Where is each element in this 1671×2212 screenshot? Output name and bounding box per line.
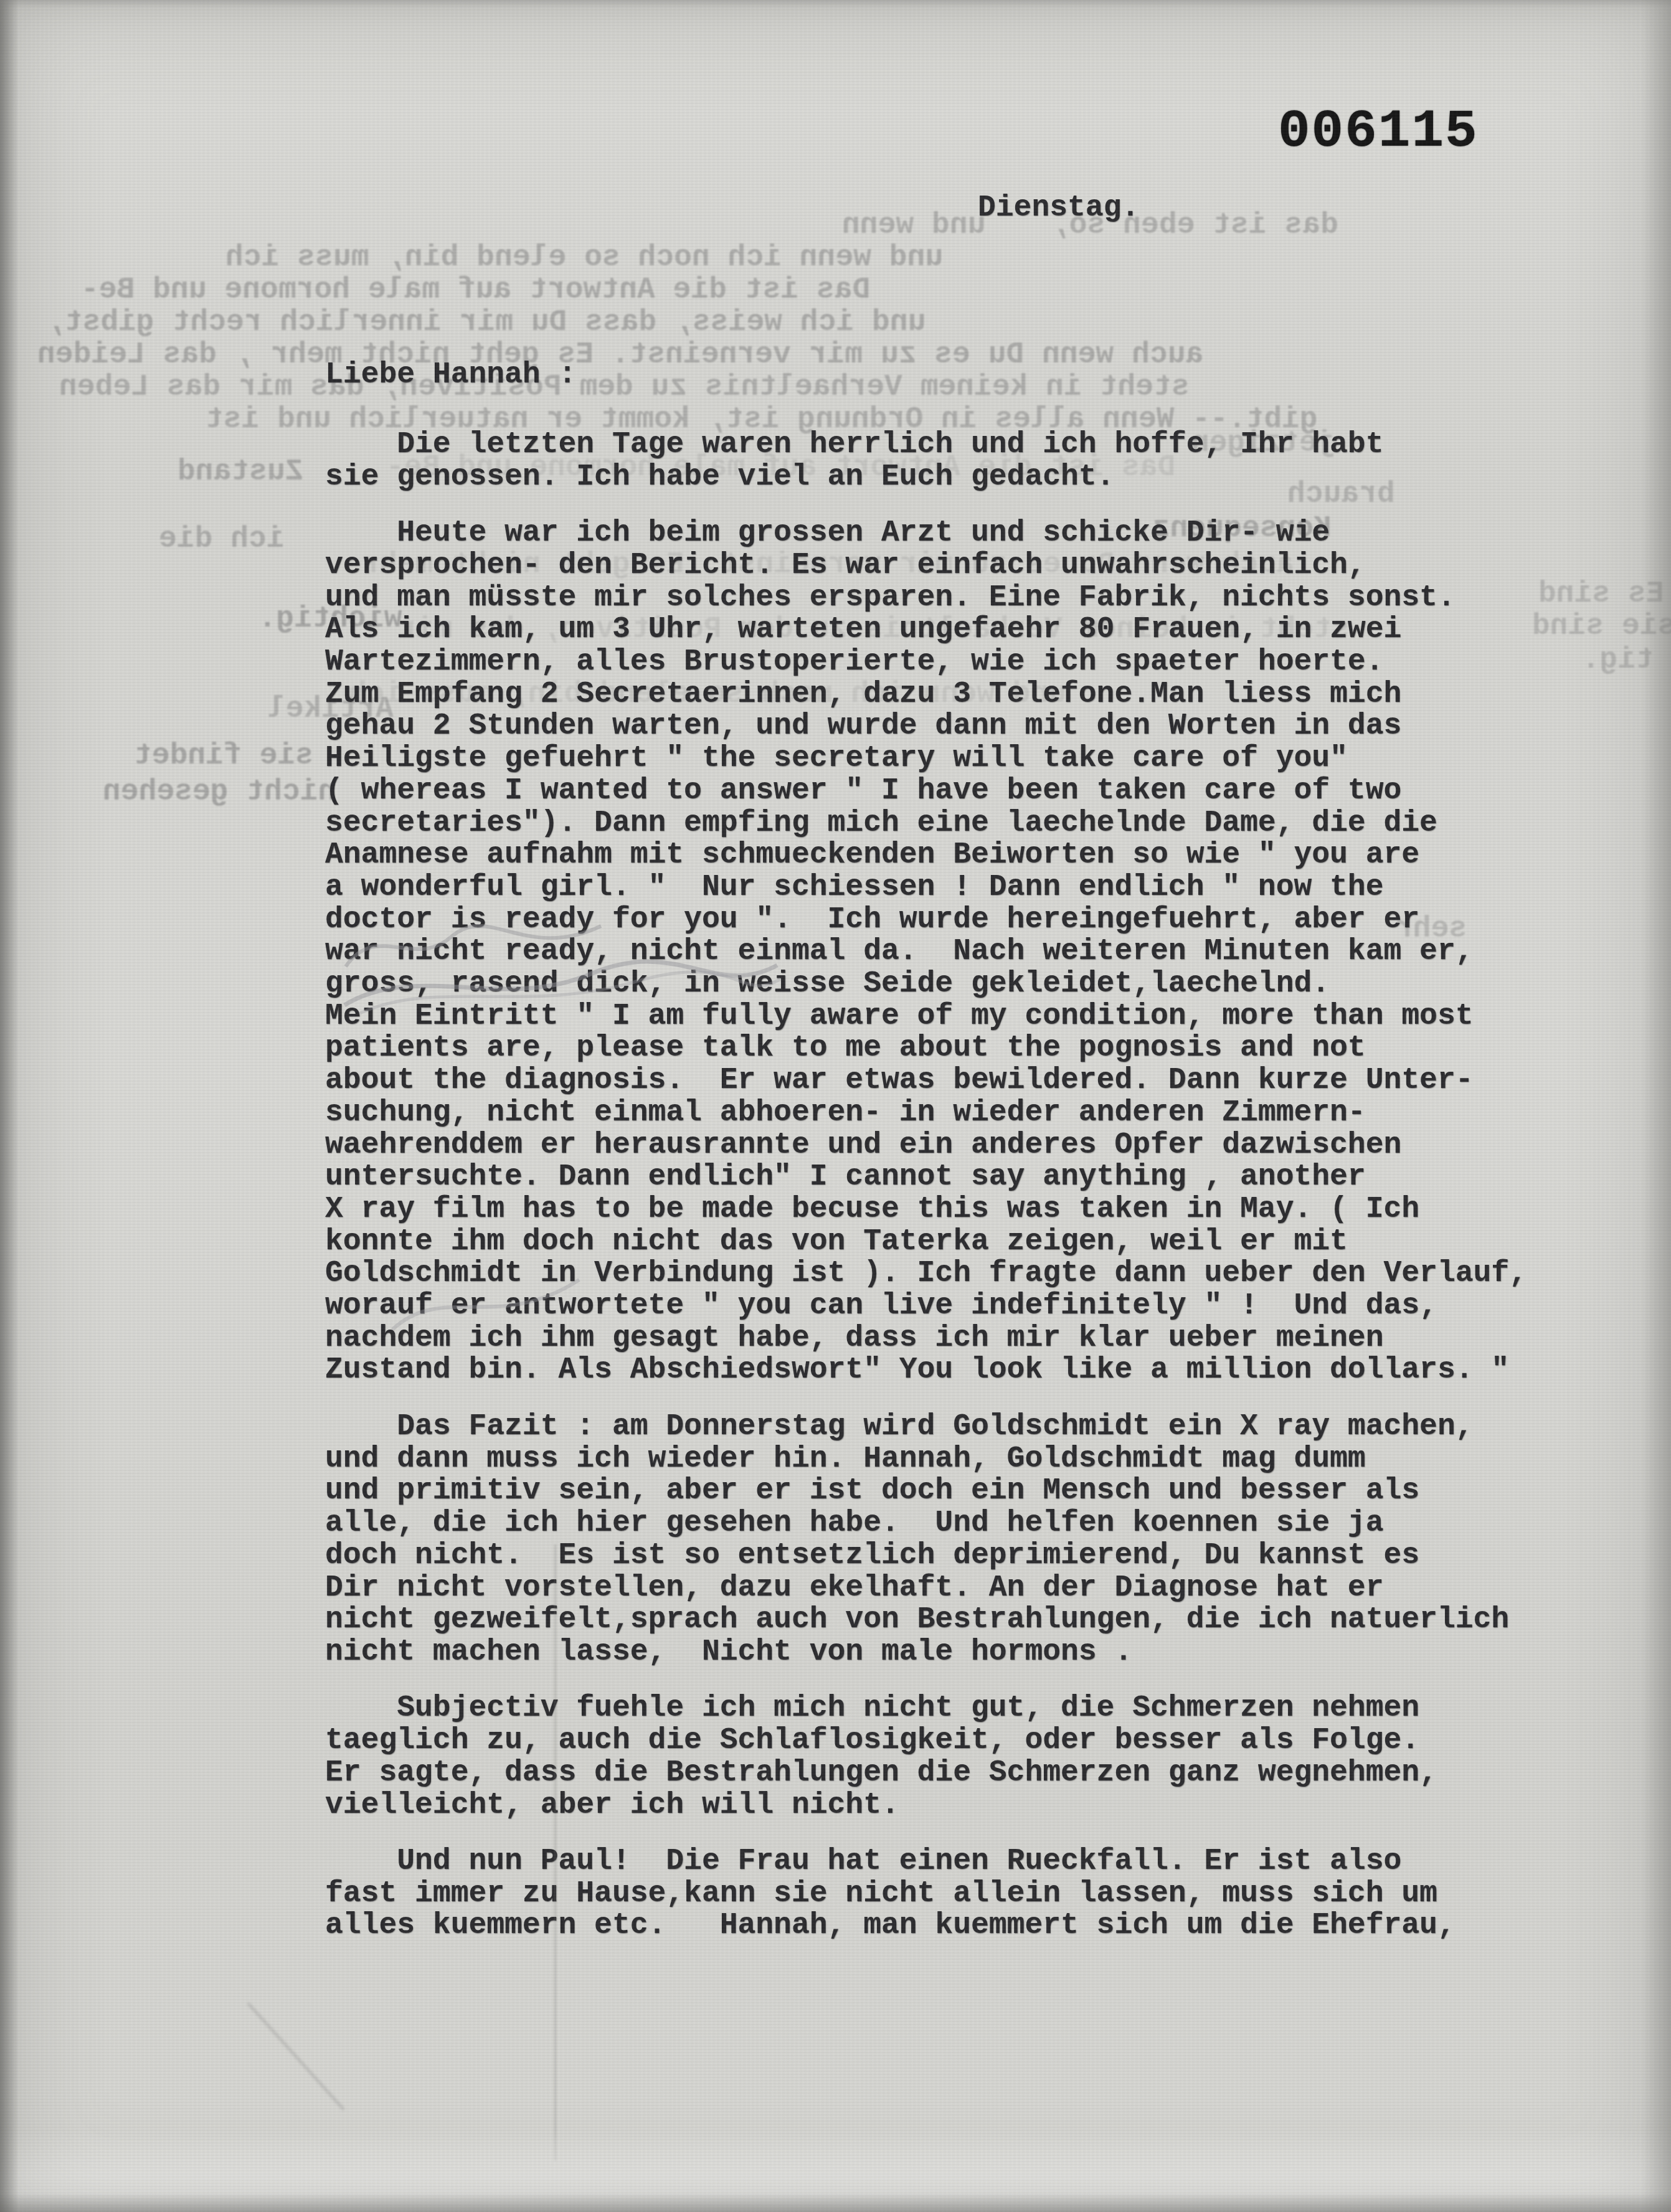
bleedthrough-text: Zustand — [178, 456, 303, 488]
scanned-letter-page: und wenn das ist eben so, und wenn ich n… — [0, 0, 1671, 2212]
bleedthrough-text: und ich weiss, dass Du mir innerlich rec… — [47, 307, 925, 338]
letter-paragraph: Und nun Paul! Die Frau hat einen Rueckfa… — [325, 1846, 1527, 1942]
archive-stamp-number: 006115 — [1278, 105, 1479, 158]
left-scan-edge — [0, 0, 19, 2212]
letter-paragraph: Heute war ich beim grossen Arzt und schi… — [325, 518, 1527, 1387]
bleedthrough-text: ich die — [159, 524, 285, 555]
bleedthrough-text: auch wenn Du es zu mir verneinst. Es geh… — [37, 339, 1203, 371]
bleedthrough-text: steht in keinem Verhaeltnis zu dem Posit… — [59, 372, 1190, 403]
bleedthrough-text: sie findet — [134, 740, 313, 772]
top-scan-edge — [0, 0, 1671, 7]
right-scan-edge — [1641, 0, 1671, 2212]
letter-paragraph: Das Fazit : am Donnerstag wird Goldschmi… — [325, 1411, 1527, 1669]
letter-paragraph: Subjectiv fuehle ich mich nicht gut, die… — [325, 1693, 1527, 1822]
bleedthrough-text: nicht gesehen — [103, 777, 336, 808]
letter-paragraph: Die letzten Tage waren herrlich und ich … — [325, 429, 1527, 493]
bottom-scan-edge — [0, 2193, 1671, 2212]
letter-body: Die letzten Tage waren herrlich und ich … — [325, 429, 1527, 1967]
salutation: Liebe Hannah : — [325, 359, 576, 392]
bleedthrough-text: und wenn — [842, 210, 985, 241]
bleedthrough-text: Das ist die Antwort auf male hormone und… — [81, 275, 870, 306]
date-line: Dienstag. — [978, 192, 1139, 225]
bleedthrough-text: und wenn ich noch so elend bin, muss ich — [225, 242, 943, 273]
vertical-crease — [554, 1544, 556, 2161]
